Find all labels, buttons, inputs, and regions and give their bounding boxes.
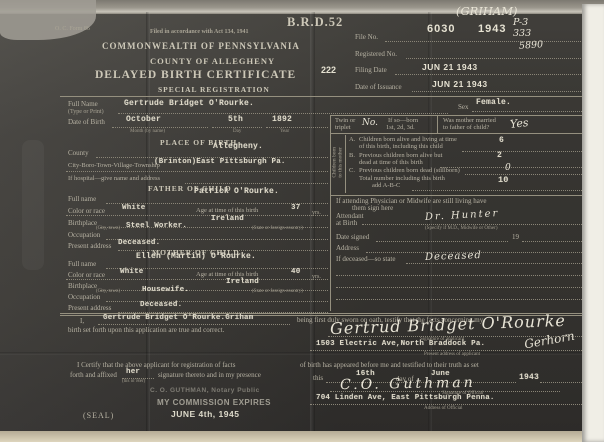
twin-label-line2: triplet [335, 125, 351, 132]
filing-date-label: Filing Date [355, 67, 387, 74]
backing-paper-right [582, 4, 604, 442]
file-no-label: File No. [355, 34, 378, 41]
mother-occupation-label: Occupation [68, 294, 100, 301]
filed-accordance-note: Filed in accordance with Act 134, 1941 [150, 29, 249, 35]
attendant-note-line2: them sign here [352, 205, 393, 212]
row-b-text2: dead at time of this birth [359, 160, 423, 167]
seal-label: (SEAL) [83, 412, 114, 420]
number-222: 222 [321, 66, 336, 75]
certify-this: this [313, 375, 323, 382]
notary-stamp-line1: C. O. GUTHMAN, Notary Public [150, 388, 260, 395]
date-signed-label: Date signed [336, 234, 369, 241]
official-address: 704 Linden Ave, East Pittsburgh Penna. [316, 395, 495, 403]
his-or-her-sublabel: (his or Her) [122, 379, 145, 384]
her-typed: her [126, 369, 140, 377]
children-box-vertical [345, 135, 346, 193]
file-no-stamp: 6030 [427, 24, 455, 35]
certify-line2a: forth and affixed [70, 372, 117, 379]
day-sublabel: Day [233, 129, 241, 134]
father-color-value: White [122, 205, 146, 213]
dotted-rule [212, 126, 262, 128]
side-label-line1: Children born [332, 147, 338, 178]
header-divider [60, 96, 594, 97]
month-sublabel: Month (by name) [130, 129, 165, 134]
father-address-label: Present address [68, 243, 111, 250]
row-c-value: 0 [505, 164, 511, 173]
applicant-address: 1503 Electric Ave,North Braddock Pa. [316, 341, 485, 349]
dotted-rule [395, 73, 593, 75]
full-name-sublabel: (Type or Print) [68, 109, 104, 115]
row-a-value: 6 [499, 137, 504, 145]
row-a-text2: of this birth, including this child [359, 144, 443, 151]
side-label-line2: to this mother [338, 147, 344, 178]
mother-married-value: Yes [509, 117, 529, 130]
birth-month-value: October [126, 116, 161, 124]
twin-box-divider [330, 133, 593, 134]
backing-paper-bottom [0, 431, 582, 442]
year-19-prefix: 19 [512, 234, 519, 241]
total-text2: add A-B-C [372, 183, 400, 190]
dotted-rule [440, 166, 590, 168]
mother-occupation-value: Housewife. [142, 287, 189, 295]
dotted-rule [406, 57, 593, 59]
dotted-rule [522, 240, 590, 242]
full-name-value: Gertrude Bridget O'Rourke. [124, 100, 254, 108]
attendant-label-line2: at Birth [336, 220, 357, 227]
dotted-rule [462, 150, 590, 152]
if-deceased-label: If deceased—so state [336, 256, 395, 263]
dotted-rule [118, 112, 448, 114]
father-age-value: 37 [291, 205, 300, 213]
photograph-of-certificate: O. C. Form 86 Filed in accordance with A… [0, 0, 604, 442]
special-registration-subtitle: SPECIAL REGISTRATION [158, 86, 270, 94]
dotted-rule [385, 40, 593, 42]
registered-no-label: Registered No. [355, 51, 397, 58]
twin-value-handwritten: No. [362, 119, 378, 128]
box-top-border [330, 115, 593, 116]
notary-stamp-line3: JUNE 4th, 1945 [171, 410, 239, 419]
children-born-side-label: Children born to this mother [332, 132, 345, 192]
dotted-rule [362, 223, 590, 225]
address-of-official-sublabel: Address of Official [424, 406, 463, 411]
handwritten-griham: (GRIHAM) [456, 6, 517, 18]
handwritten-333: 333 [513, 29, 531, 39]
dotted-rule [310, 403, 590, 405]
dotted-rule [112, 126, 208, 128]
row-a-letter: A. [349, 137, 355, 144]
oath-typed-name: Gertrude Bridget O'Rourke.Griham [103, 315, 253, 323]
mother-address-label: Present address [68, 305, 111, 312]
dotted-rule [336, 298, 590, 300]
mother-name-value: Ellen (Martin) O'Rourke. [136, 253, 256, 261]
dotted-rule [376, 240, 508, 242]
hospital-label: If hospital—give name and address [68, 176, 160, 183]
notary-stamp-line2: MY COMMISSION EXPIRES [157, 399, 271, 407]
mother-full-name-label: Full name [68, 261, 96, 268]
row-b-value: 2 [497, 152, 502, 160]
handwritten-p3: P-3 [513, 18, 528, 28]
attendant-address-label: Address [336, 245, 359, 252]
row-c-text1: Previous children born dead (stillborn) [359, 168, 460, 175]
sex-label: Sex [458, 104, 469, 111]
father-address-value: Deceased. [118, 240, 160, 248]
dotted-rule [66, 170, 328, 172]
oath-line2: birth set forth upon this application ar… [68, 327, 224, 334]
row-b-letter: B. [349, 153, 355, 160]
county-heading: COUNTY OF ALLEGHENY [150, 57, 275, 66]
total-value: 10 [498, 176, 509, 185]
dotted-rule [336, 274, 590, 276]
children-box-divider [330, 195, 593, 196]
father-full-name-label: Full name [68, 196, 96, 203]
dotted-rule [66, 278, 328, 280]
brd-number: B.R.D.52 [287, 16, 343, 29]
form-number: O. C. Form 86 [55, 26, 90, 32]
dotted-rule [412, 90, 593, 92]
father-occupation-value: Steel Worker. [126, 223, 187, 231]
attendant-specify-sublabel: (Specify if M.D., Midwife or Other) [425, 226, 497, 231]
father-birthplace-value: Ireland [211, 216, 244, 224]
issuance-stamp: JUN 21 1943 [432, 80, 488, 89]
dotted-rule [336, 286, 590, 288]
mother-age-value: 40 [291, 269, 300, 277]
dotted-rule [266, 126, 328, 128]
dotted-rule [100, 289, 328, 291]
oath-i: I, [80, 318, 84, 325]
father-birthplace-label: Birthplace [68, 220, 97, 227]
dotted-rule [406, 262, 590, 264]
dotted-rule [472, 110, 592, 112]
dotted-rule [98, 323, 290, 325]
city-boro-label: City-Boro-Town-Village-Township [68, 163, 160, 170]
mother-birthplace-value: Ireland [226, 279, 259, 287]
certificate-title: DELAYED BIRTH CERTIFICATE [95, 70, 296, 82]
birth-year-value: 1892 [272, 116, 292, 124]
file-year-stamp: 1943 [478, 24, 506, 35]
date-of-birth-label: Date of Birth [68, 119, 105, 126]
issuance-label: Date of Issuance [355, 84, 402, 91]
certify-year-value: 1943 [519, 374, 539, 382]
mother-birthplace-label: Birthplace [68, 283, 97, 290]
if-so-born-label2: 1st, 2d, 3d. [386, 125, 415, 132]
dotted-rule [310, 349, 590, 351]
city-boro-value: (Brinton)East Pittsburgh Pa. [154, 159, 286, 167]
father-name-value: Patrick O'Rourke. [194, 188, 279, 196]
dotted-rule [465, 173, 590, 175]
birth-day-value: 5th [228, 116, 243, 124]
full-name-label: Full Name [68, 101, 98, 108]
mother-married-label2: to father of child? [443, 125, 489, 132]
twin-box-vertical [437, 115, 438, 133]
commonwealth-heading: COMMONWEALTH OF PENNSYLVANIA [102, 42, 300, 51]
mother-color-value: White [120, 269, 144, 277]
certify-right-line: of birth has appeared before me and test… [300, 362, 479, 369]
dotted-rule [412, 189, 590, 191]
certify-line2b: signature thereto and in my presence [158, 372, 261, 379]
year-sublabel: Year [280, 129, 289, 134]
present-address-sublabel: Present address of applicant [424, 352, 480, 357]
handwritten-5890: 5890 [519, 40, 544, 51]
birth-county-value: Allegheny. [213, 143, 263, 151]
filing-date-stamp: JUN 21 1943 [422, 63, 478, 72]
county-label: County [68, 150, 89, 157]
certify-line1: I Certify that the above applicant for r… [77, 362, 235, 369]
father-occupation-label: Occupation [68, 232, 100, 239]
dotted-rule [66, 214, 328, 216]
sex-value: Female. [476, 99, 511, 107]
row-c-letter: C. [349, 168, 355, 175]
mother-address-value: Deceased. [140, 302, 182, 310]
